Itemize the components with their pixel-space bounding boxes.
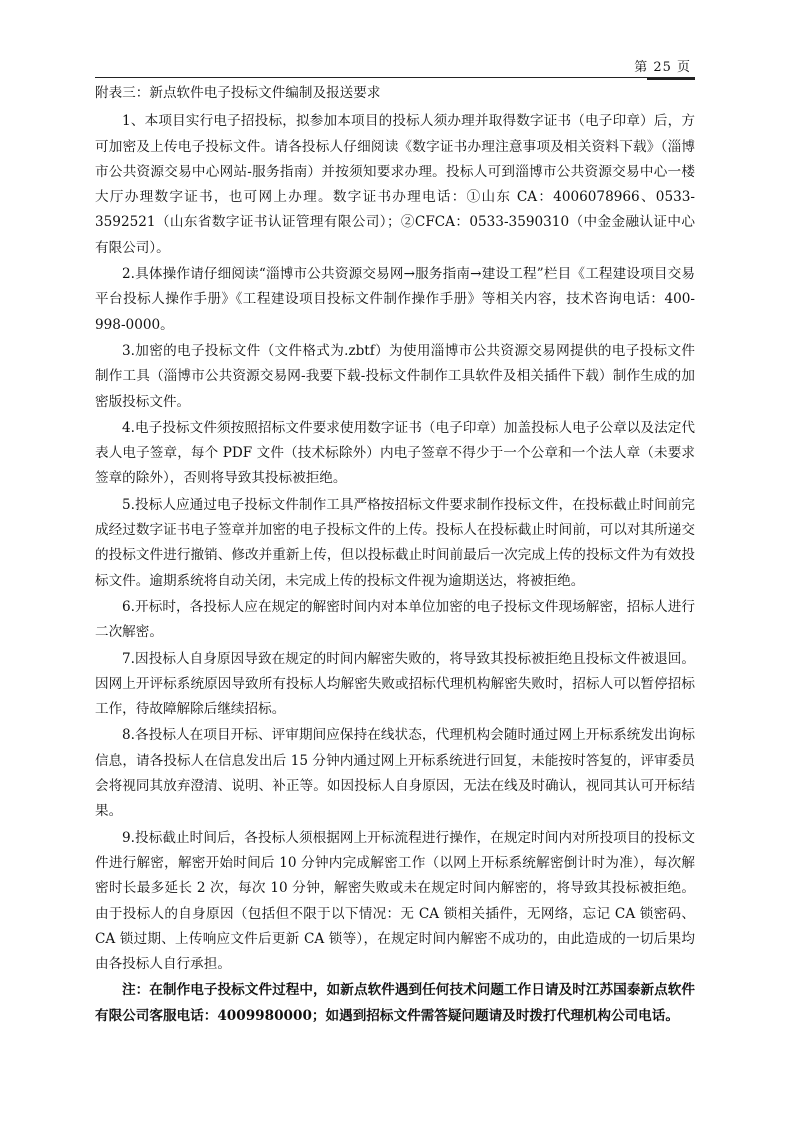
paragraph-4: 4.电子投标文件须按照招标文件要求使用数字证书（电子印章）加盖投标人电子公章以及… bbox=[95, 416, 695, 492]
document-page: 第 25 页 附表三：新点软件电子投标文件编制及报送要求 1、本项目实行电子招投… bbox=[0, 0, 793, 1122]
page-number: 第 25 页 bbox=[634, 56, 691, 75]
page-number-underline bbox=[647, 77, 695, 80]
page-header: 第 25 页 bbox=[95, 58, 695, 78]
paragraph-8: 8.各投标人在项目开标、评审期间应保持在线状态，代理机构会随时通过网上开标系统发… bbox=[95, 723, 695, 824]
document-body: 附表三：新点软件电子投标文件编制及报送要求 1、本项目实行电子招投标，拟参加本项… bbox=[95, 81, 695, 1030]
note-paragraph: 注：在制作电子投标文件过程中，如新点软件遇到任何技术问题工作日请及时江苏国泰新点… bbox=[95, 978, 695, 1029]
paragraph-3: 3.加密的电子投标文件（文件格式为.zbtf）为使用淄博市公共资源交易网提供的电… bbox=[95, 339, 695, 415]
paragraph-5: 5.投标人应通过电子投标文件制作工具严格按招标文件要求制作投标文件，在投标截止时… bbox=[95, 493, 695, 594]
paragraph-2: 2.具体操作请仔细阅读“淄博市公共资源交易网→服务指南→建设工程”栏目《工程建设… bbox=[95, 262, 695, 338]
appendix-title: 附表三：新点软件电子投标文件编制及报送要求 bbox=[95, 81, 695, 106]
paragraph-1: 1、本项目实行电子招投标，拟参加本项目的投标人须办理并取得数字证书（电子印章）后… bbox=[95, 109, 695, 261]
paragraph-6: 6.开标时，各投标人应在规定的解密时间内对本单位加密的电子投标文件现场解密，招标… bbox=[95, 595, 695, 646]
paragraph-7: 7.因投标人自身原因导致在规定的时间内解密失败的，将导致其投标被拒绝且投标文件被… bbox=[95, 647, 695, 723]
header-rule bbox=[95, 77, 695, 78]
paragraph-9: 9.投标截止时间后，各投标人须根据网上开标流程进行操作，在规定时间内对所投项目的… bbox=[95, 826, 695, 978]
